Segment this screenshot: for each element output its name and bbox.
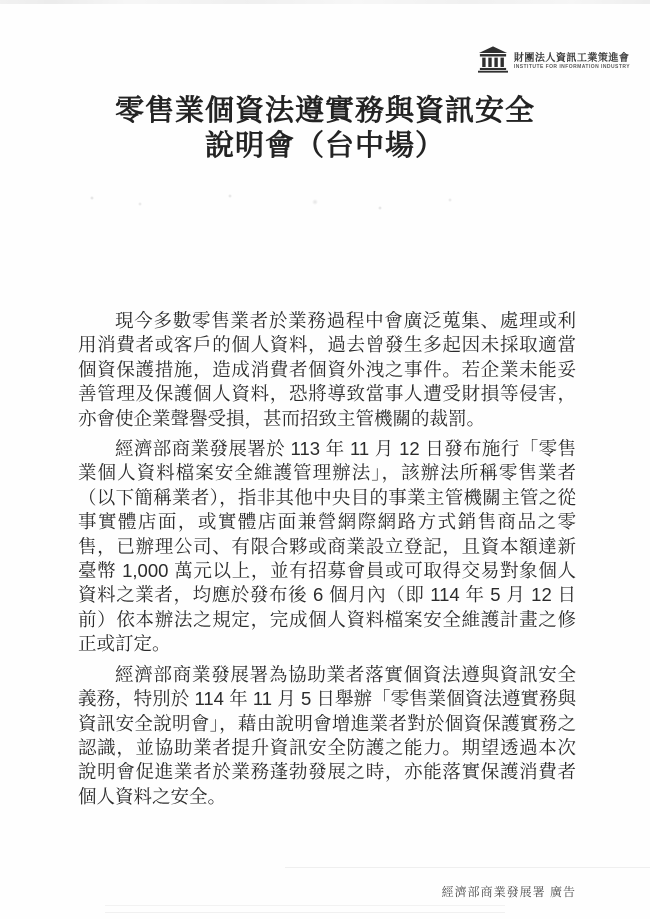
- document-title: 零售業個資法遵實務與資訊安全 說明會（台中場）: [0, 94, 650, 164]
- document-body: 現今多數零售業者於業務過程中會廣泛蒐集、處理或利用消費者或客戶的個人資料，過去曾…: [78, 309, 576, 809]
- document-title-line2: 說明會（台中場）: [0, 129, 650, 164]
- document-title-line1: 零售業個資法遵實務與資訊安全: [0, 94, 650, 129]
- footer-divider: [285, 867, 650, 868]
- organization-name: 財團法人資訊工業策進會 INSTITUTE FOR INFORMATION IN…: [514, 53, 630, 70]
- organization-name-en: INSTITUTE FOR INFORMATION INDUSTRY: [514, 65, 630, 71]
- body-paragraph-1: 現今多數零售業者於業務過程中會廣泛蒐集、處理或利用消費者或客戶的個人資料，過去曾…: [78, 309, 576, 431]
- footer-credit: 經濟部商業發展署 廣告: [442, 883, 576, 900]
- scan-edge-artifact: [0, 0, 650, 4]
- organization-logo: 財團法人資訊工業策進會 INSTITUTE FOR INFORMATION IN…: [478, 46, 630, 78]
- scanned-document-page: 財團法人資訊工業策進會 INSTITUTE FOR INFORMATION IN…: [0, 0, 650, 919]
- institution-building-icon: [478, 46, 508, 78]
- scan-bottom-artifact: [105, 912, 505, 913]
- body-paragraph-2: 經濟部商業發展署於 113 年 11 月 12 日發布施行「零售業個人資料檔案安…: [78, 437, 576, 657]
- scan-bottom-artifact: [105, 905, 505, 906]
- body-paragraph-3: 經濟部商業發展署為協助業者落實個資法遵與資訊安全義務，特別於 114 年 11 …: [78, 663, 576, 809]
- scan-speckle-artifact: [80, 190, 500, 230]
